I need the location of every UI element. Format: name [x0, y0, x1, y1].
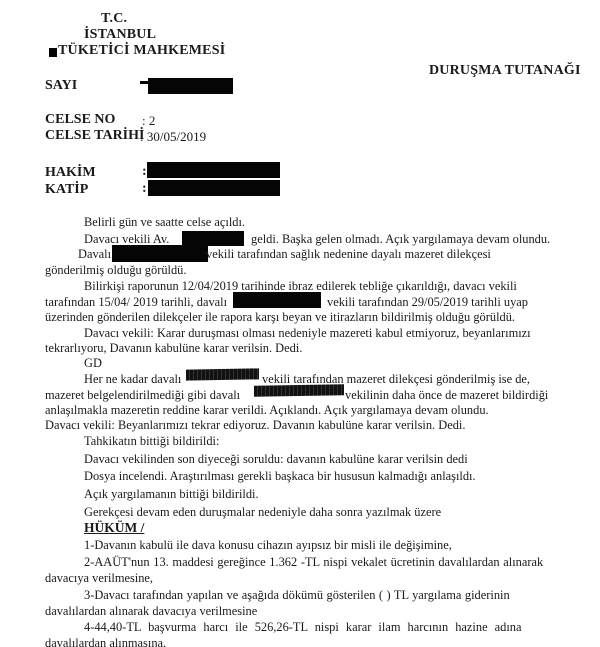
- body-line-13: Davacı vekili: Beyanlarımızı tekrar ediy…: [45, 418, 465, 433]
- verdict-item-1: 1-Davanın kabulü ile dava konusu cihazın…: [84, 538, 452, 553]
- body-line-1: Belirli gün ve saatte celse açıldı.: [84, 215, 245, 230]
- body-line-7: üzerinden gönderilen dilekçeler ile rapo…: [45, 310, 515, 325]
- body-line-3a: Davalı: [78, 247, 111, 262]
- body-line-3b: vekili tarafından sağlık nedenine dayalı…: [206, 247, 491, 262]
- katip-label: KATİP: [45, 182, 88, 198]
- redaction-clerk-name: [148, 180, 280, 196]
- redaction-plaintiff-lawyer: [182, 231, 244, 246]
- body-line-2b: geldi. Başka gelen olmadı. Açık yargılam…: [251, 232, 550, 247]
- header-court: TÜKETİCİ MAHKEMESİ: [58, 43, 225, 59]
- celse-tarihi-value: : 30/05/2019: [140, 129, 206, 144]
- hakim-label: HAKİM: [45, 165, 96, 181]
- body-line-11a: mazeret belgelendirilmediği gibi davalı: [45, 388, 240, 403]
- body-line-8: Davacı vekili: Karar duruşması olması ne…: [84, 326, 531, 341]
- redaction-defendant-3: [186, 368, 259, 380]
- celse-tarihi-label: CELSE TARİHİ: [45, 128, 144, 144]
- katip-colon: :: [142, 181, 147, 197]
- redaction-court-prefix: [49, 48, 57, 57]
- body-line-15: Davacı vekilinden son diyeceği soruldu: …: [84, 452, 468, 467]
- redaction-dash: [140, 81, 148, 84]
- verdict-item-4-cont: davalılardan alınmasına,: [45, 636, 166, 647]
- header-country: T.C.: [101, 11, 127, 27]
- body-line-4: gönderilmiş olduğu görüldü.: [45, 263, 186, 278]
- redaction-defendant-1: [112, 245, 208, 262]
- body-line-10a: Her ne kadar davalı: [84, 372, 181, 387]
- body-line-9: tekrarlıyoru, Davanın kabulüne karar ver…: [45, 341, 302, 356]
- verdict-item-2-cont: davacıya verilmesine,: [45, 571, 153, 586]
- hakim-colon: :: [142, 164, 147, 180]
- redaction-defendant-2: [233, 292, 321, 308]
- header-city: İSTANBUL: [84, 27, 156, 43]
- body-line-12: anlaşılmakla mazeretin reddine karar ver…: [45, 403, 489, 418]
- redaction-judge-name: [147, 162, 280, 178]
- verdict-item-3-cont: davalılardan alınarak davacıya verilmesi…: [45, 604, 257, 619]
- body-line-6a: tarafından 15/04/ 2019 tarihli, davalı: [45, 295, 227, 310]
- redaction-defendant-4: [254, 384, 344, 397]
- verdict-heading: HÜKÜM /: [84, 520, 144, 536]
- verdict-item-3: 3-Davacı tarafından yapılan ve aşağıda d…: [84, 588, 510, 603]
- celse-no-value: : 2: [142, 113, 155, 128]
- body-line-11b: vekilinin daha önce de mazeret bildirdiğ…: [345, 388, 548, 403]
- redaction-case-number: [148, 78, 233, 94]
- body-line-17: Açık yargılamanın bittiği bildirildi.: [84, 487, 259, 502]
- celse-no-label: CELSE NO: [45, 112, 115, 128]
- body-line-gd: GD: [84, 356, 102, 371]
- sayi-label: SAYI: [45, 78, 77, 94]
- body-line-14: Tahkikatın bittiği bildirildi:: [84, 434, 219, 449]
- verdict-item-4: 4-44,40-TL başvurma harcı ile 526,26-TL …: [84, 620, 522, 635]
- body-line-6b: vekili tarafından 29/05/2019 tarihli uya…: [327, 295, 528, 310]
- body-line-18: Gerekçesi devam eden duruşmalar nedeniyl…: [84, 505, 441, 520]
- body-line-16: Dosya incelendi. Araştırılması gerekli b…: [84, 469, 476, 484]
- document-title: DURUŞMA TUTANAĞI: [429, 63, 581, 79]
- verdict-item-2: 2-AAÜT'nun 13. maddesi gereğince 1.362 -…: [84, 555, 543, 570]
